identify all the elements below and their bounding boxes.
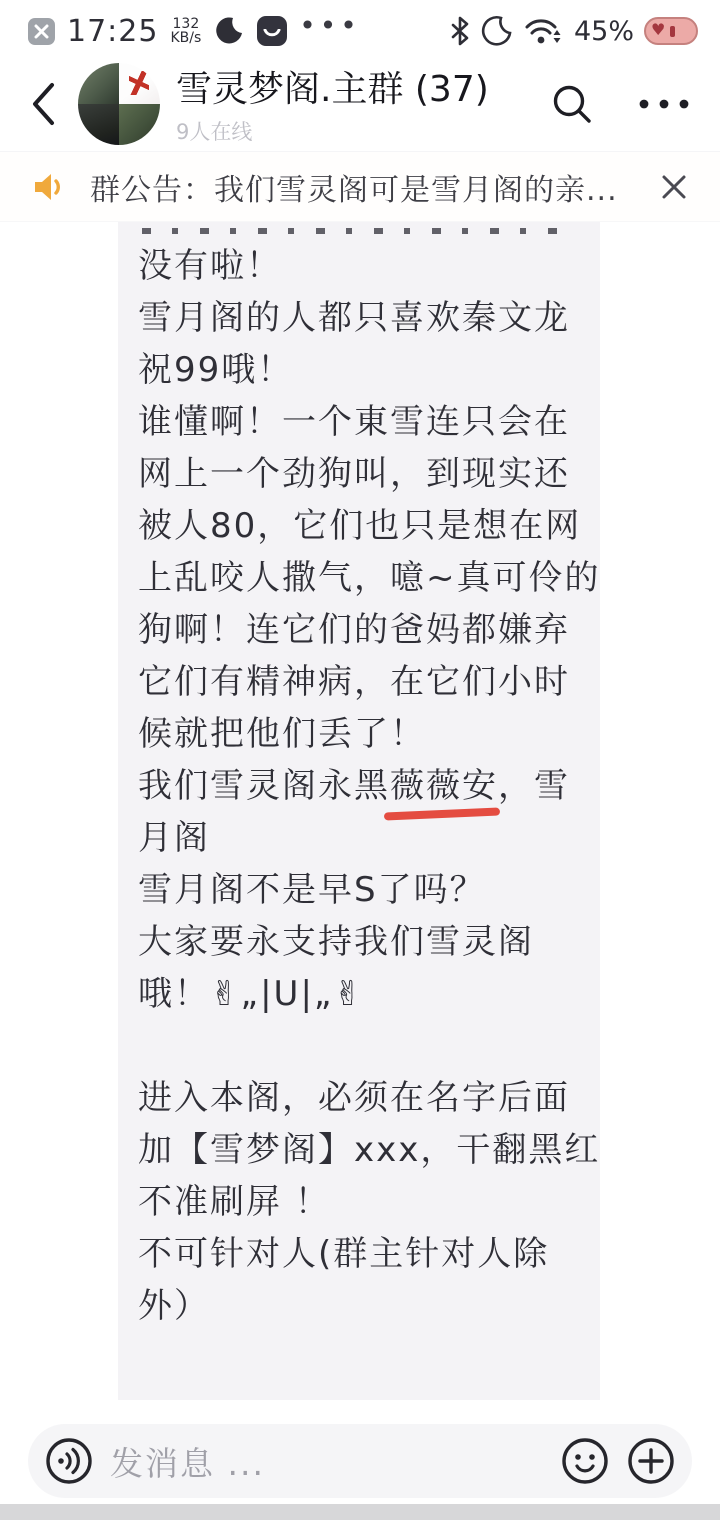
message-line: 雪月阁的人都只喜欢秦文龙 [138,292,582,344]
bluetooth-icon [450,16,470,46]
status-more-dots: ••• [299,21,361,41]
message-line: 大家要永支持我们雪灵阁 [138,916,582,968]
moon-outline-icon [480,14,514,48]
more-menu-icon[interactable] [638,98,690,110]
message-line: 它们有精神病，在它们小时 [138,656,582,708]
message-line: 我们雪灵阁永黑薇薇安，雪 [138,760,582,812]
battery-icon: ♥ [644,17,698,45]
message-lines: 没有啦！雪月阁的人都只喜欢秦文龙祝99哦！谁懂啊！一个東雪连只会在网上一个劲狗叫… [118,238,600,1332]
message-line: 没有啦！ [138,240,582,292]
announcement-image-message[interactable]: 没有啦！雪月阁的人都只喜欢秦文龙祝99哦！谁懂啊！一个東雪连只会在网上一个劲狗叫… [118,222,600,1400]
message-line: 祝99哦！ [138,344,582,396]
announcement-text: 群公告：我们雪灵阁可是雪月阁的亲... [90,165,644,209]
home-gesture-bar[interactable] [0,1504,720,1520]
message-line: 被人80，它们也只是想在网 [138,500,582,552]
close-icon[interactable] [660,173,688,201]
mute-x-icon [28,18,55,45]
message-line: 外） [138,1280,582,1332]
group-avatar[interactable] [78,63,160,145]
message-line: 进入本阁，必须在名字后面 [138,1072,582,1124]
clock-time: 17:25 [67,14,158,49]
group-announcement-bar[interactable]: 群公告：我们雪灵阁可是雪月阁的亲... [0,152,720,222]
message-line: 谁懂啊！一个東雪连只会在 [138,396,582,448]
battery-heart-icon: ♥ [651,20,665,39]
message-line: 上乱咬人撒气，噫~真可伶的 [138,552,582,604]
message-input-bar[interactable]: 发消息 ... [28,1424,692,1498]
message-line: 不准刷屏 ！ [138,1176,582,1228]
message-line: 狗啊！连它们的爸妈都嫌弃 [138,604,582,656]
moon-filled-icon [213,15,245,47]
wifi-icon [524,15,564,47]
back-button[interactable] [30,81,66,127]
cutoff-text-line [142,228,562,234]
search-icon[interactable] [550,82,594,126]
group-online-count: 9人在线 [176,116,489,146]
chat-header: 雪灵梦阁.主群 (37) 9人在线 [0,56,720,152]
battery-percent: 45% [574,16,634,47]
group-title-block[interactable]: 雪灵梦阁.主群 (37) 9人在线 [176,61,489,146]
message-line: 雪月阁不是早S了吗？ [138,864,582,916]
message-line: 不可针对人(群主针对人除 [138,1228,582,1280]
network-speed: 132 KB/s [170,17,201,45]
message-line: 月阁 [138,812,582,864]
red-underlined-text: 薇薇安 [390,760,498,812]
message-line: 候就把他们丢了！ [138,708,582,760]
message-line: 加【雪梦阁】xxx，干翻黑红 [138,1124,582,1176]
emoji-icon[interactable] [560,1436,610,1486]
voice-input-icon[interactable] [44,1436,94,1486]
message-line: 网上一个劲狗叫，到现实还 [138,448,582,500]
status-bar: 17:25 132 KB/s ••• 45% [0,0,720,56]
message-input[interactable]: 发消息 ... [110,1438,544,1485]
speaker-icon [32,170,68,204]
message-line: 哦！✌„|U|„✌ [138,968,582,1020]
group-title: 雪灵梦阁.主群 (37) [176,61,489,112]
app-notification-icon [257,16,287,46]
plus-icon[interactable] [626,1436,676,1486]
message-line [138,1020,582,1072]
